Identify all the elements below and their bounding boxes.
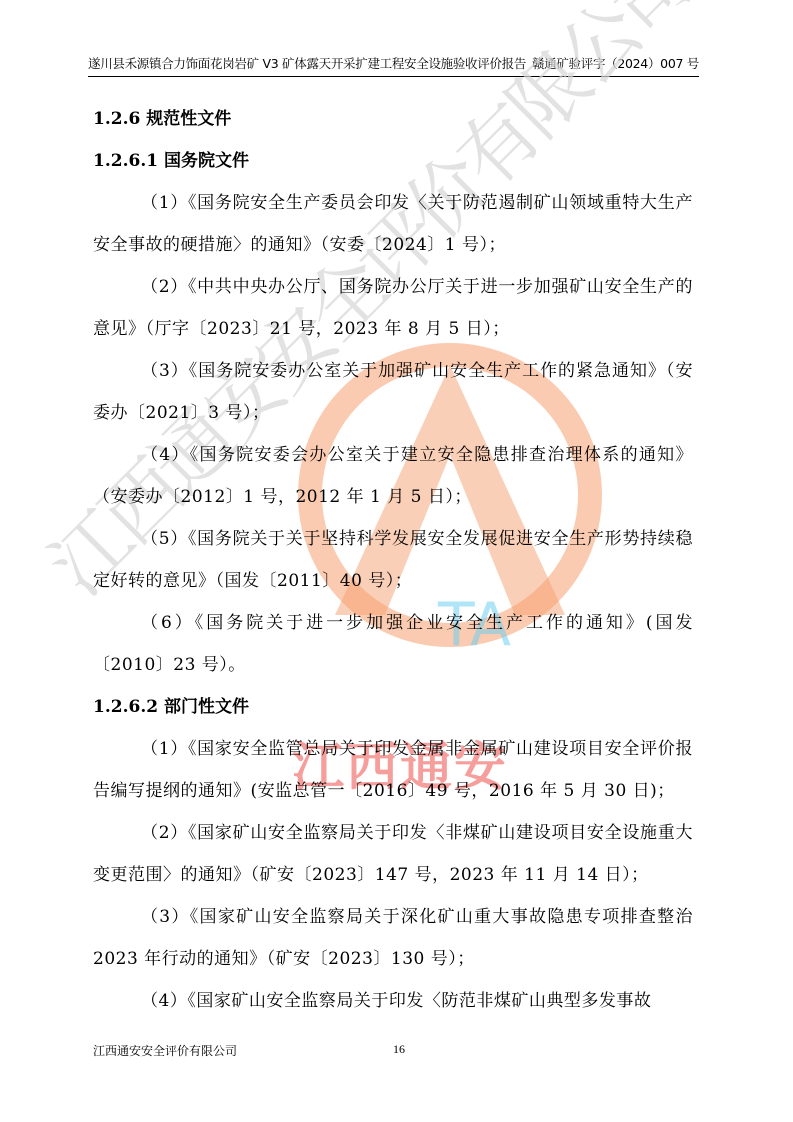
section-heading-1-2-6-2: 1.2.6.2 部门性文件 — [93, 686, 693, 728]
list-item: （1）《国家安全监管总局关于印发金属非金属矿山建设项目安全评价报告编写提纲的通知… — [93, 728, 693, 812]
section-heading-1-2-6: 1.2.6 规范性文件 — [93, 98, 693, 140]
report-title: 遂川县禾源镇合力饰面花岗岩矿 V3 矿体露天开采扩建工程安全设施验收评价报告 — [88, 56, 526, 76]
page-body: 1.2.6 规范性文件 1.2.6.1 国务院文件 （1）《国务院安全生产委员会… — [93, 98, 693, 1022]
section-heading-1-2-6-1: 1.2.6.1 国务院文件 — [93, 140, 693, 182]
list-item: （4）《国务院安委会办公室关于建立安全隐患排查治理体系的通知》（安委办〔2012… — [93, 434, 693, 518]
list-item: （5）《国务院关于关于坚持科学发展安全发展促进安全生产形势持续稳定好转的意见》（… — [93, 518, 693, 602]
document-number: 赣通矿验评字（2024）007 号 — [532, 56, 699, 76]
list-item: （3）《国务院安委办公室关于加强矿山安全生产工作的紧急通知》（安委办〔2021〕… — [93, 350, 693, 434]
list-item: （2）《国家矿山安全监察局关于印发〈非煤矿山建设项目安全设施重大变更范围〉的通知… — [93, 812, 693, 896]
footer-company: 江西通安安全评价有限公司 — [93, 1042, 237, 1059]
page-header: 遂川县禾源镇合力饰面花岗岩矿 V3 矿体露天开采扩建工程安全设施验收评价报告 赣… — [88, 56, 699, 77]
list-item: （1）《国务院安全生产委员会印发〈关于防范遏制矿山领域重特大生产安全事故的硬措施… — [93, 182, 693, 266]
list-item: （6）《国务院关于进一步加强企业安全生产工作的通知》(国发〔2010〕23 号）… — [93, 602, 693, 686]
list-item: （3）《国家矿山安全监察局关于深化矿山重大事故隐患专项排查整治 2023 年行动… — [93, 896, 693, 980]
list-item: （4）《国家矿山安全监察局关于印发〈防范非煤矿山典型多发事故 — [93, 980, 693, 1022]
page-footer: 江西通安安全评价有限公司 16 — [93, 1042, 693, 1060]
page-number: 16 — [393, 1042, 405, 1057]
list-item: （2）《中共中央办公厅、国务院办公厅关于进一步加强矿山安全生产的意见》（厅字〔2… — [93, 266, 693, 350]
